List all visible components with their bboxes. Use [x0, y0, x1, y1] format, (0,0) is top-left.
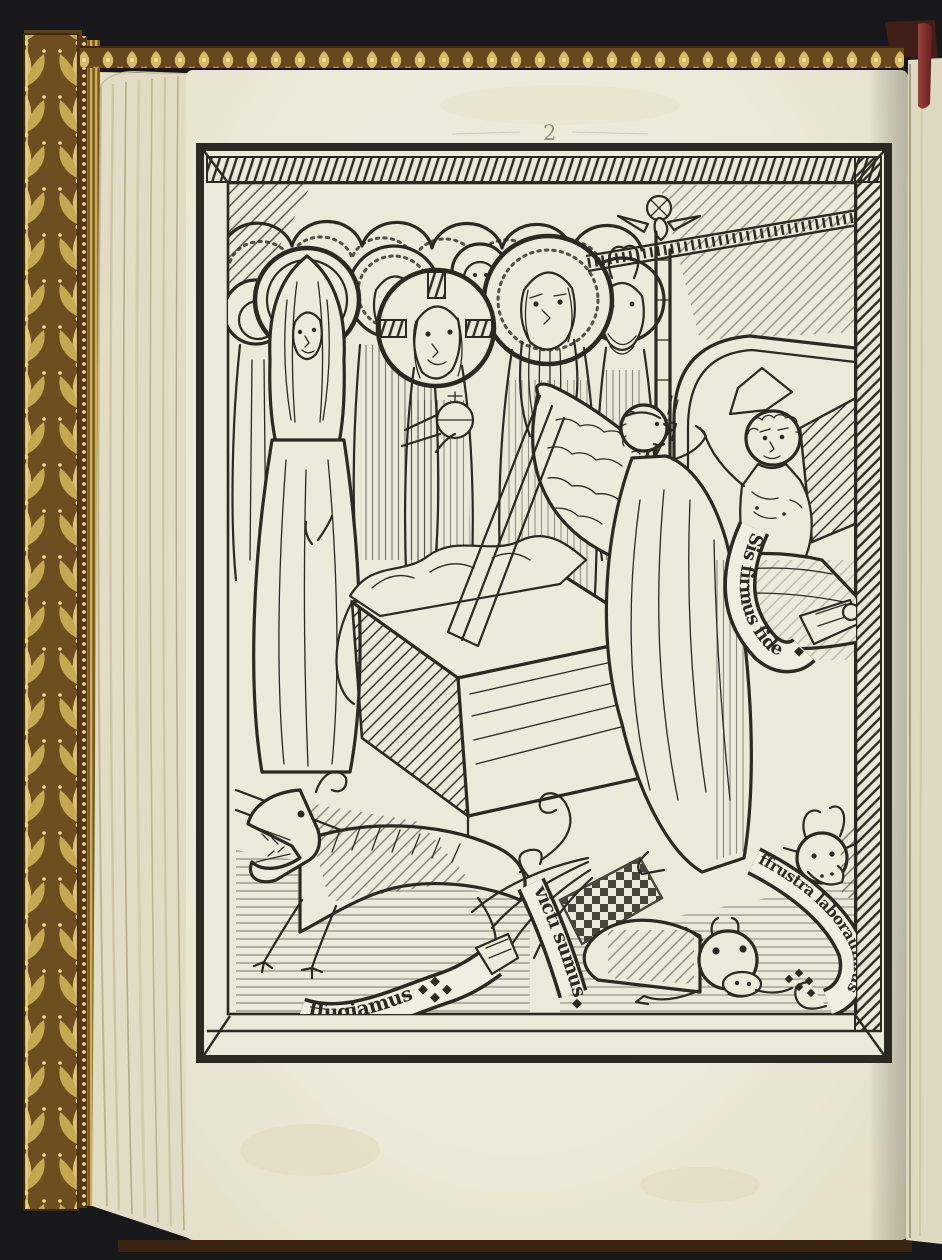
woodcut: Sis firmus fide victi sumus ffugi — [200, 147, 888, 1059]
gilt-fore-edge — [24, 34, 100, 1210]
facing-page-edge — [906, 58, 942, 1244]
scene: 2 — [0, 0, 942, 1260]
gilt-beaded-line — [78, 36, 87, 1208]
cover-bottom-edge — [118, 1240, 912, 1252]
page-stack-edges — [92, 72, 192, 1238]
gilt-top-edge — [80, 46, 904, 68]
bookmark-ribbon — [918, 23, 932, 108]
photograph-of-blockbook-page: 2 — [0, 0, 942, 1260]
folio-number-text: 2 — [543, 121, 556, 145]
